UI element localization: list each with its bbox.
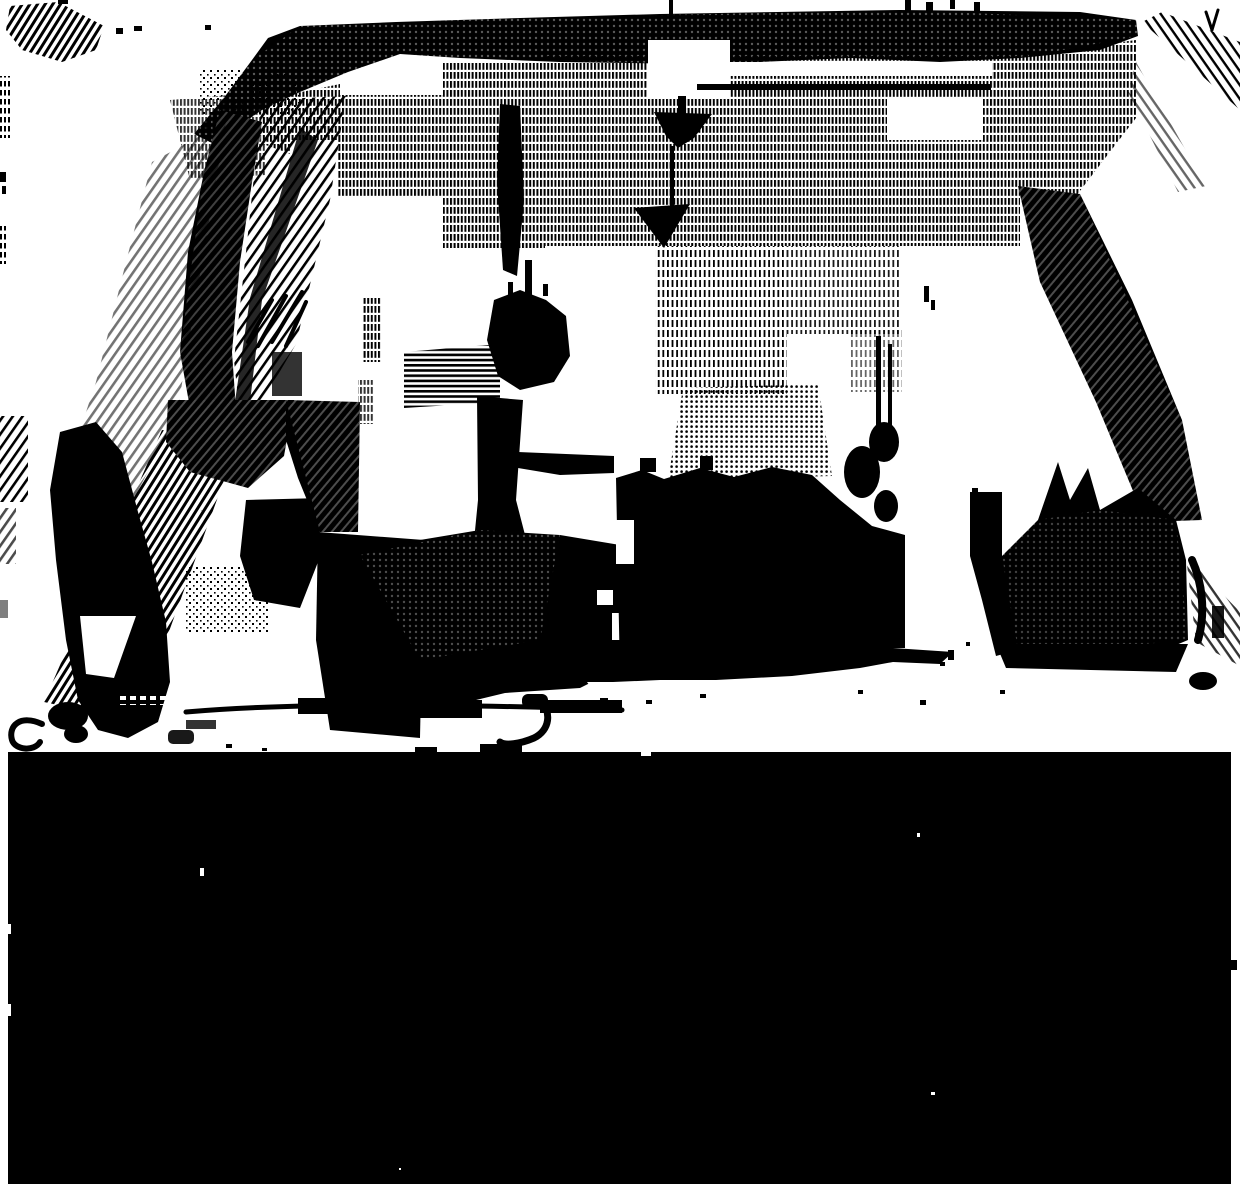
panel-speck [917, 833, 920, 837]
window-patch [887, 98, 983, 140]
panel-speck [200, 868, 204, 876]
black-panel [8, 744, 1237, 1184]
picture-rail-line [697, 84, 991, 90]
lamp-wire [670, 146, 674, 210]
room-scan-figure [0, 0, 1240, 1189]
panel-speck [399, 1168, 401, 1170]
panel-speck [931, 1092, 935, 1095]
figure-page [0, 0, 1240, 1189]
black-panel-rect [8, 752, 1231, 1184]
